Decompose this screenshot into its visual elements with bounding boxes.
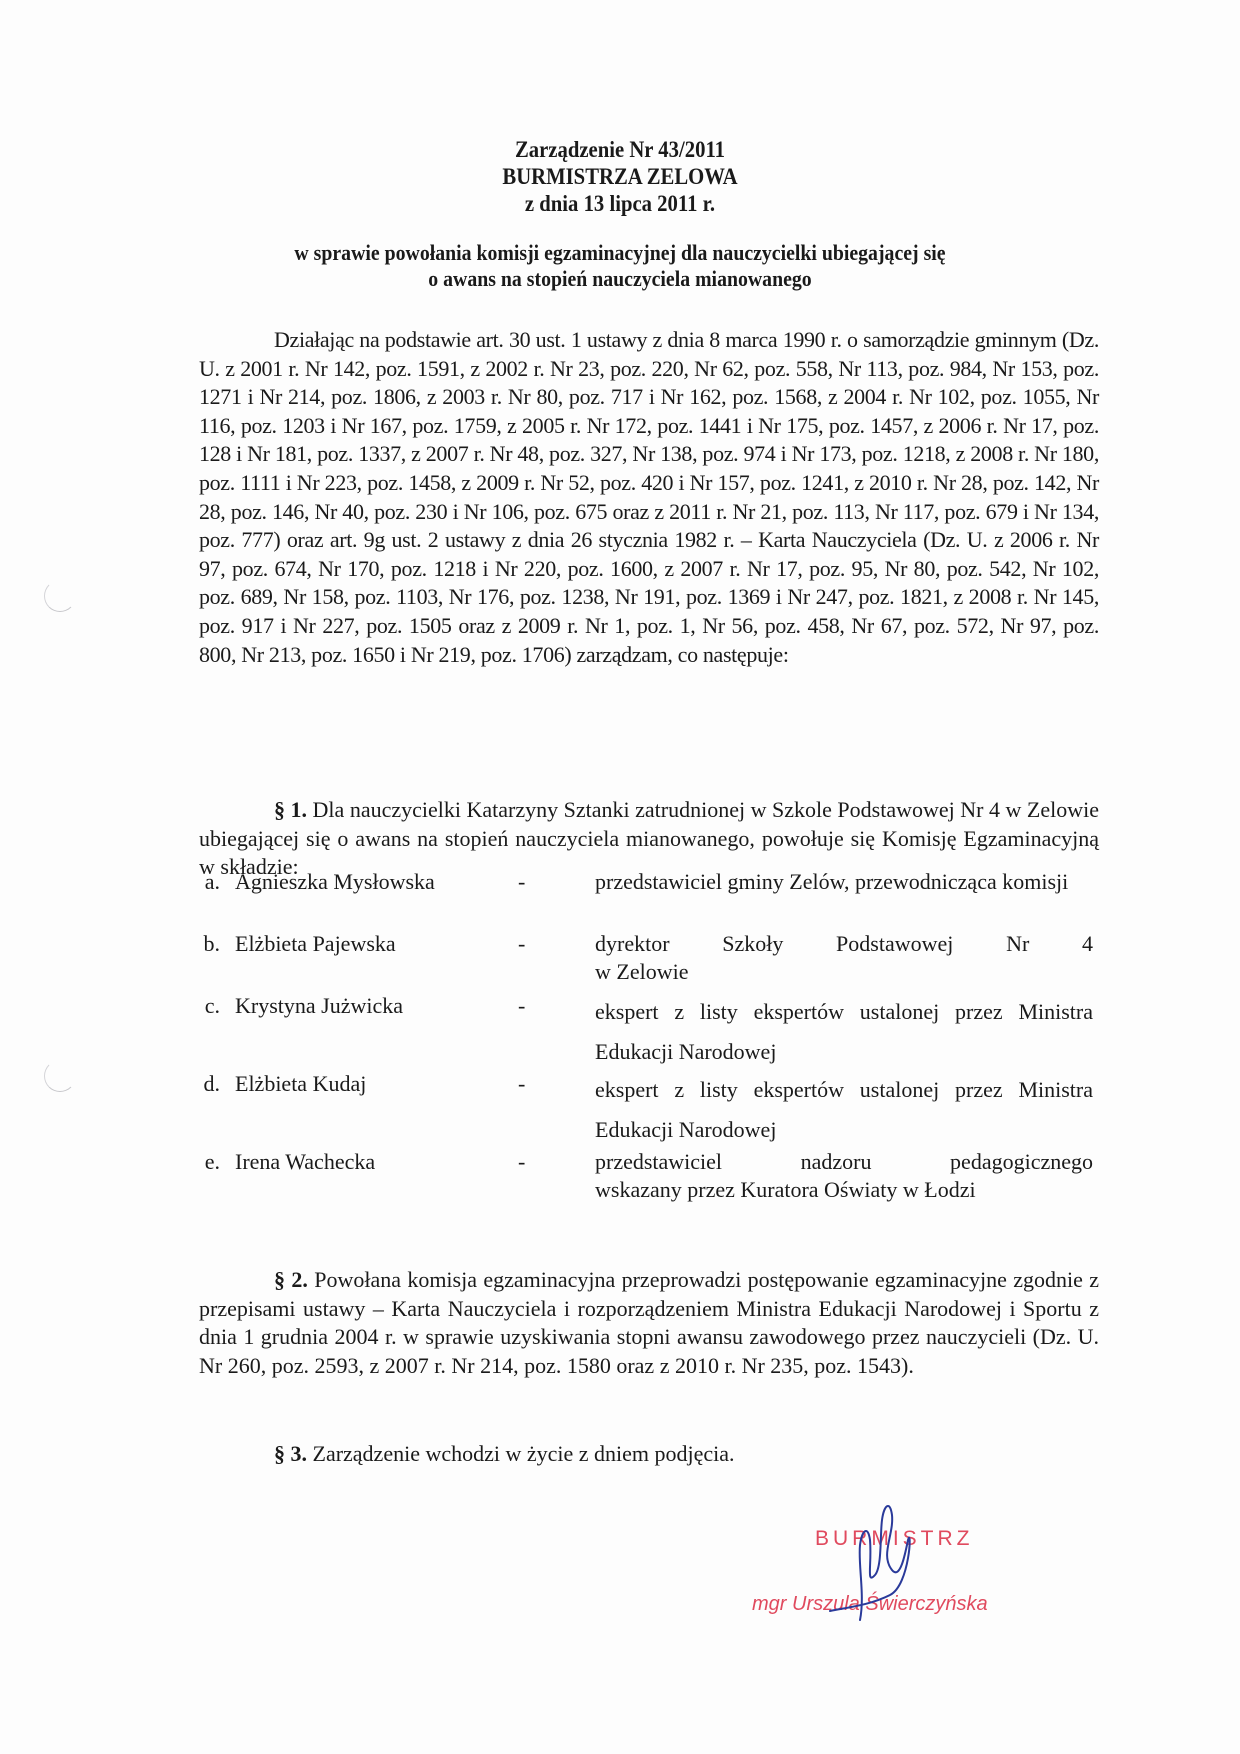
member-letter: c. [190, 992, 220, 1020]
member-dash: - [518, 930, 525, 958]
member-dash: - [518, 1070, 525, 1098]
member-item: a. Agnieszka Mysłowska - przedstawiciel … [190, 868, 1100, 930]
preamble-text: Działając na podstawie art. 30 ust. 1 us… [199, 326, 1099, 669]
section-2-mark: § 2. [274, 1267, 308, 1292]
document-subject: w sprawie powołania komisji egzaminacyjn… [62, 240, 1178, 292]
member-item: d. Elżbieta Kudaj - ekspert z listy eksp… [190, 1070, 1100, 1148]
punch-hole-mark [44, 580, 76, 612]
member-role-line-2: wskazany przez Kuratora Oświaty w Łodzi [595, 1176, 1093, 1204]
section-2-text: Powołana komisja egzaminacyjna przeprowa… [199, 1267, 1099, 1378]
handwritten-signature-icon [820, 1495, 940, 1625]
member-role: przedstawiciel gminy Zelów, przewodniczą… [595, 868, 1093, 896]
member-item: e. Irena Wachecka - przedstawiciel nadzo… [190, 1148, 1100, 1210]
preamble-block: Działając na podstawie art. 30 ust. 1 us… [199, 326, 1099, 669]
member-name: Irena Wachecka [235, 1148, 375, 1176]
member-dash: - [518, 1148, 525, 1176]
member-name: Elżbieta Pajewska [235, 930, 396, 958]
subject-line-2: o awans na stopień nauczyciela mianowane… [62, 266, 1178, 292]
section-3-mark: § 3. [274, 1441, 307, 1466]
member-name: Krystyna Jużwicka [235, 992, 403, 1020]
section-1-text: Dla nauczycielki Katarzyny Sztanki zatru… [199, 797, 1099, 879]
section-2: § 2. Powołana komisja egzaminacyjna prze… [199, 1266, 1099, 1380]
member-dash: - [518, 868, 525, 896]
member-role: ekspert z listy ekspertów ustalonej prze… [595, 992, 1093, 1072]
member-letter: a. [190, 868, 220, 896]
committee-members-list: a. Agnieszka Mysłowska - przedstawiciel … [190, 868, 1100, 1210]
member-name: Agnieszka Mysłowska [235, 868, 435, 896]
section-3-text: Zarządzenie wchodzi w życie z dniem podj… [307, 1441, 735, 1466]
document-title: Zarządzenie Nr 43/2011 [62, 136, 1178, 163]
section-1-mark: § 1. [274, 797, 307, 822]
member-letter: e. [190, 1148, 220, 1176]
member-letter: d. [190, 1070, 220, 1098]
punch-hole-mark [44, 1060, 76, 1092]
document-issuer: BURMISTRZA ZELOWA [62, 163, 1178, 190]
section-3: § 3. Zarządzenie wchodzi w życie z dniem… [199, 1440, 1099, 1469]
member-role: ekspert z listy ekspertów ustalonej prze… [595, 1070, 1093, 1150]
member-role-line-1: przedstawiciel nadzoru pedagogicznego [595, 1148, 1093, 1176]
member-dash: - [518, 992, 525, 1020]
member-letter: b. [190, 930, 220, 958]
subject-line-1: w sprawie powołania komisji egzaminacyjn… [62, 240, 1178, 266]
member-role-line-2: w Zelowie [595, 958, 1093, 986]
member-item: c. Krystyna Jużwicka - ekspert z listy e… [190, 992, 1100, 1076]
document-date: z dnia 13 lipca 2011 r. [62, 190, 1178, 217]
member-role-line-1: dyrektor Szkoły Podstawowej Nr 4 [595, 930, 1093, 958]
member-name: Elżbieta Kudaj [235, 1070, 366, 1098]
document-page: Zarządzenie Nr 43/2011 BURMISTRZA ZELOWA… [0, 0, 1240, 1754]
document-header: Zarządzenie Nr 43/2011 BURMISTRZA ZELOWA… [62, 136, 1178, 217]
member-item: b. Elżbieta Pajewska - dyrektor Szkoły P… [190, 930, 1100, 998]
